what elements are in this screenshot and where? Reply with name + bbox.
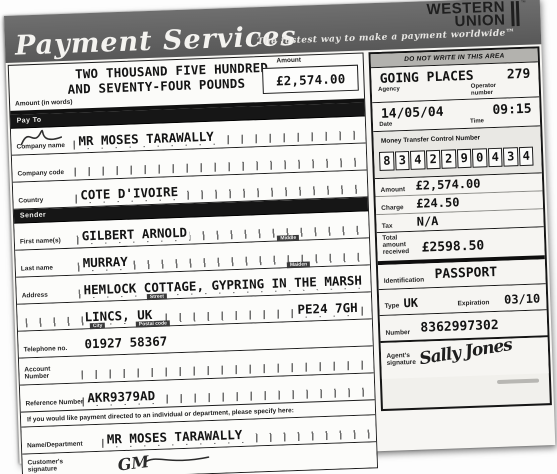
- form-code-smudge: [497, 378, 539, 383]
- total-received-label: Total amount received: [382, 233, 419, 255]
- company-name-value: MR MOSES TARAWALLY: [77, 129, 217, 149]
- logo-bars-icon: [509, 1, 520, 26]
- signature-flourish: [142, 452, 212, 466]
- expiration-label: Expiration: [457, 299, 489, 307]
- date-value: 14/05/04: [381, 105, 444, 122]
- mtcn-digit: 4: [519, 146, 534, 165]
- account-number-label: Account Number: [24, 365, 58, 380]
- agency-label: Agency: [378, 86, 400, 100]
- company-code-label: Company code: [17, 169, 64, 178]
- office-use-column: DO NOT WRITE IN THIS AREA GOING PLACES 2…: [369, 46, 552, 411]
- tax-label: Tax: [382, 222, 393, 229]
- amount-in-words-label: Amount (in words): [15, 99, 73, 108]
- operator-value: 279: [507, 67, 531, 83]
- agency-box: GOING PLACES 279 Agency Operator number: [371, 62, 539, 103]
- time-value: 09:15: [492, 102, 532, 118]
- mtcn-digits: 8 3 4 2 2 9 0 4 3 4: [379, 146, 537, 170]
- identification-value: PASSPORT: [434, 264, 497, 281]
- agent-signature-row: Agent's signature Sally Jones: [381, 337, 549, 379]
- telephone-value: 01927 58367: [84, 334, 167, 352]
- customer-signature-label: Customer's signature: [27, 457, 85, 473]
- charge-value: £24.50: [416, 195, 460, 211]
- mtcn-box: Money Transfer Control Number 8 3 4 2 2 …: [374, 126, 542, 179]
- amount-box: £2,574.00: [262, 65, 359, 94]
- time-label: Time: [470, 118, 484, 125]
- id-number-label: Number: [385, 329, 410, 337]
- telephone-label: Telephone no.: [24, 345, 68, 354]
- mtcn-digit: 2: [426, 149, 441, 168]
- western-union-logo: WESTERN UNION ™: [426, 0, 526, 29]
- street-sublabel: Street: [147, 293, 167, 300]
- mtcn-digit: 2: [441, 149, 456, 168]
- reference-number-label: Reference Number: [25, 398, 83, 407]
- mtcn-digit: 3: [503, 147, 518, 166]
- mtcn-label: Money Transfer Control Number: [381, 132, 537, 144]
- agent-signature-label: Agent's signature: [386, 351, 416, 366]
- charge-label: Charge: [381, 204, 404, 212]
- name-department-label: Name/Department: [27, 441, 83, 450]
- city-sublabel: City: [90, 323, 106, 330]
- western-union-receipt: Payment Services The fastest way to make…: [4, 0, 555, 464]
- type-label: Type: [385, 302, 400, 310]
- middle-sublabel: Middle: [277, 235, 299, 242]
- maiden-sublabel: Maiden: [287, 261, 310, 268]
- name-department-value: MR MOSES TARAWALLY: [106, 427, 246, 447]
- scanned-receipt-page: Payment Services The fastest way to make…: [0, 0, 557, 474]
- address-label: Address: [22, 292, 48, 300]
- amount-label: Amount: [380, 186, 405, 194]
- mtcn-digit: 8: [379, 151, 394, 170]
- mtcn-digit: 9: [457, 148, 472, 167]
- amount-box-label: Amount: [276, 57, 301, 65]
- identification-label: Identification: [384, 276, 425, 284]
- last-name-label: Last name: [21, 264, 53, 272]
- handwritten-scribble: [17, 123, 68, 151]
- postcode-value: PE24 7GH: [295, 300, 360, 317]
- id-number-value: 8362997302: [420, 317, 499, 335]
- expiration-value: 03/10: [504, 291, 541, 306]
- amount-value: £2,574.00: [415, 176, 480, 192]
- first-name-label: First name(s): [20, 237, 61, 245]
- type-value: UK: [403, 295, 418, 309]
- mtcn-digit: 4: [488, 147, 503, 166]
- mtcn-digit: 4: [410, 150, 425, 169]
- tax-value: N/A: [416, 213, 438, 228]
- amount-value: £2,574.00: [276, 71, 346, 88]
- date-label: Date: [379, 122, 392, 129]
- operator-label: Operator number: [471, 83, 505, 97]
- trademark-symbol: ™: [521, 0, 526, 6]
- form-left-column: RECEIPT Amount (in words) TWO THOUSAND F…: [8, 52, 379, 474]
- reference-number-value: AKR9379AD: [86, 388, 158, 405]
- mtcn-digit: 0: [472, 148, 487, 167]
- last-name-value: MURRAY: [81, 254, 131, 271]
- mtcn-digit: 3: [395, 150, 410, 169]
- total-received-value: £2598.50: [421, 238, 484, 255]
- country-label: Country: [18, 197, 43, 205]
- postal-sublabel: Postal code: [136, 320, 170, 327]
